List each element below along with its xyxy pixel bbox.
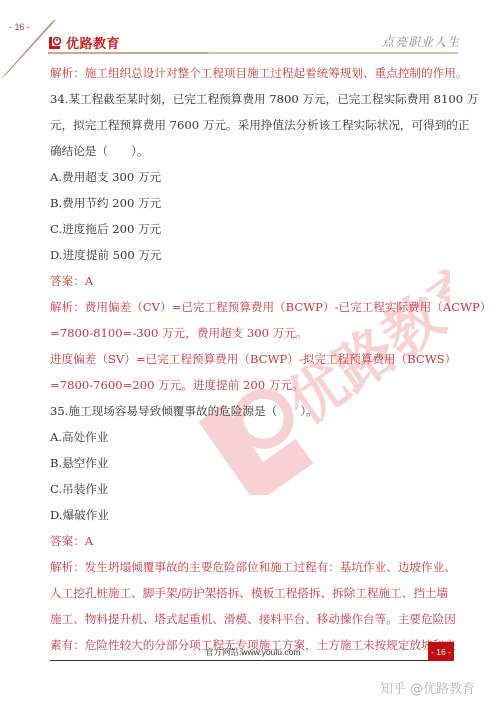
question-text-line: 确结论是（ ）。 [50,138,460,164]
answer: 答案：A [50,268,460,294]
logo-text: 优路教育 [66,33,120,52]
question-34: 34.某工程截至某时刻，已完工程预算费用 7800 万元，已完工程实际费用 81… [50,86,460,398]
explanation-line: 解析：费用偏差（CV）=已完工程预算费用（BCWP）-已完工程实际费用（ACWP… [50,294,460,320]
header-divider-right [208,52,458,54]
brand-logo: 优路教育 [48,33,120,52]
explanation-line: 解析：发生坍塌倾覆事故的主要危险部位和施工过程有：基坑作业、边坡作业、 [50,554,460,580]
option-a: A.高处作业 [50,424,460,450]
explanation-line: 人工挖孔桩施工、脚手架/防护架搭拆、模板工程搭拆、拆除工程施工、挡土墙 [50,580,460,606]
question-35: 35.施工现场容易导致倾覆事故的危险源是（ ）。 A.高处作业 B.悬空作业 C… [50,398,460,658]
explanation-line: =7800-8100=-300 万元，费用超支 300 万元。 [50,320,460,346]
footer-divider [50,660,430,661]
option-c: C.吊装作业 [50,476,460,502]
option-a: A.费用超支 300 万元 [50,164,460,190]
option-d: D.爆破作业 [50,502,460,528]
question-text-line: 元，拟完工程预算费用 7600 万元。采用挣值法分析该工程实际状况，可得到的正 [50,112,460,138]
header-divider [48,52,208,54]
header-slogan: 点亮职业人生 [382,33,460,50]
footer-website: 官方网站:www.youlu.com [205,646,300,658]
source-credit: 知乎 @优路教育 [380,678,475,697]
option-c: C.进度拖后 200 万元 [50,216,460,242]
answer: 答案：A [50,528,460,554]
option-b: B.悬空作业 [50,450,460,476]
option-b: B.费用节约 200 万元 [50,190,460,216]
explanation-line: 进度偏差（SV）=已完工程预算费用（BCWP）-拟完工程预算费用（BCWS） [50,346,460,372]
footer-page-badge: - 16 - [428,642,454,661]
document-body: 解析：施工组织总设计对整个工程项目施工过程起着统筹规划、重点控制的作用。 34.… [50,60,460,658]
option-d: D.进度提前 500 万元 [50,242,460,268]
question-text-line: 35.施工现场容易导致倾覆事故的危险源是（ ）。 [50,398,460,424]
explanation-line: =7800-7600=200 万元。进度提前 200 万元。 [50,372,460,398]
previous-explanation: 解析：施工组织总设计对整个工程项目施工过程起着统筹规划、重点控制的作用。 [50,60,460,86]
question-text-line: 34.某工程截至某时刻，已完工程预算费用 7800 万元，已完工程实际费用 81… [50,86,460,112]
youlu-logo-icon [48,36,62,50]
explanation-line: 施工、物料提升机、塔式起重机、滑模、接料平台、移动操作台等。主要危险因 [50,606,460,632]
